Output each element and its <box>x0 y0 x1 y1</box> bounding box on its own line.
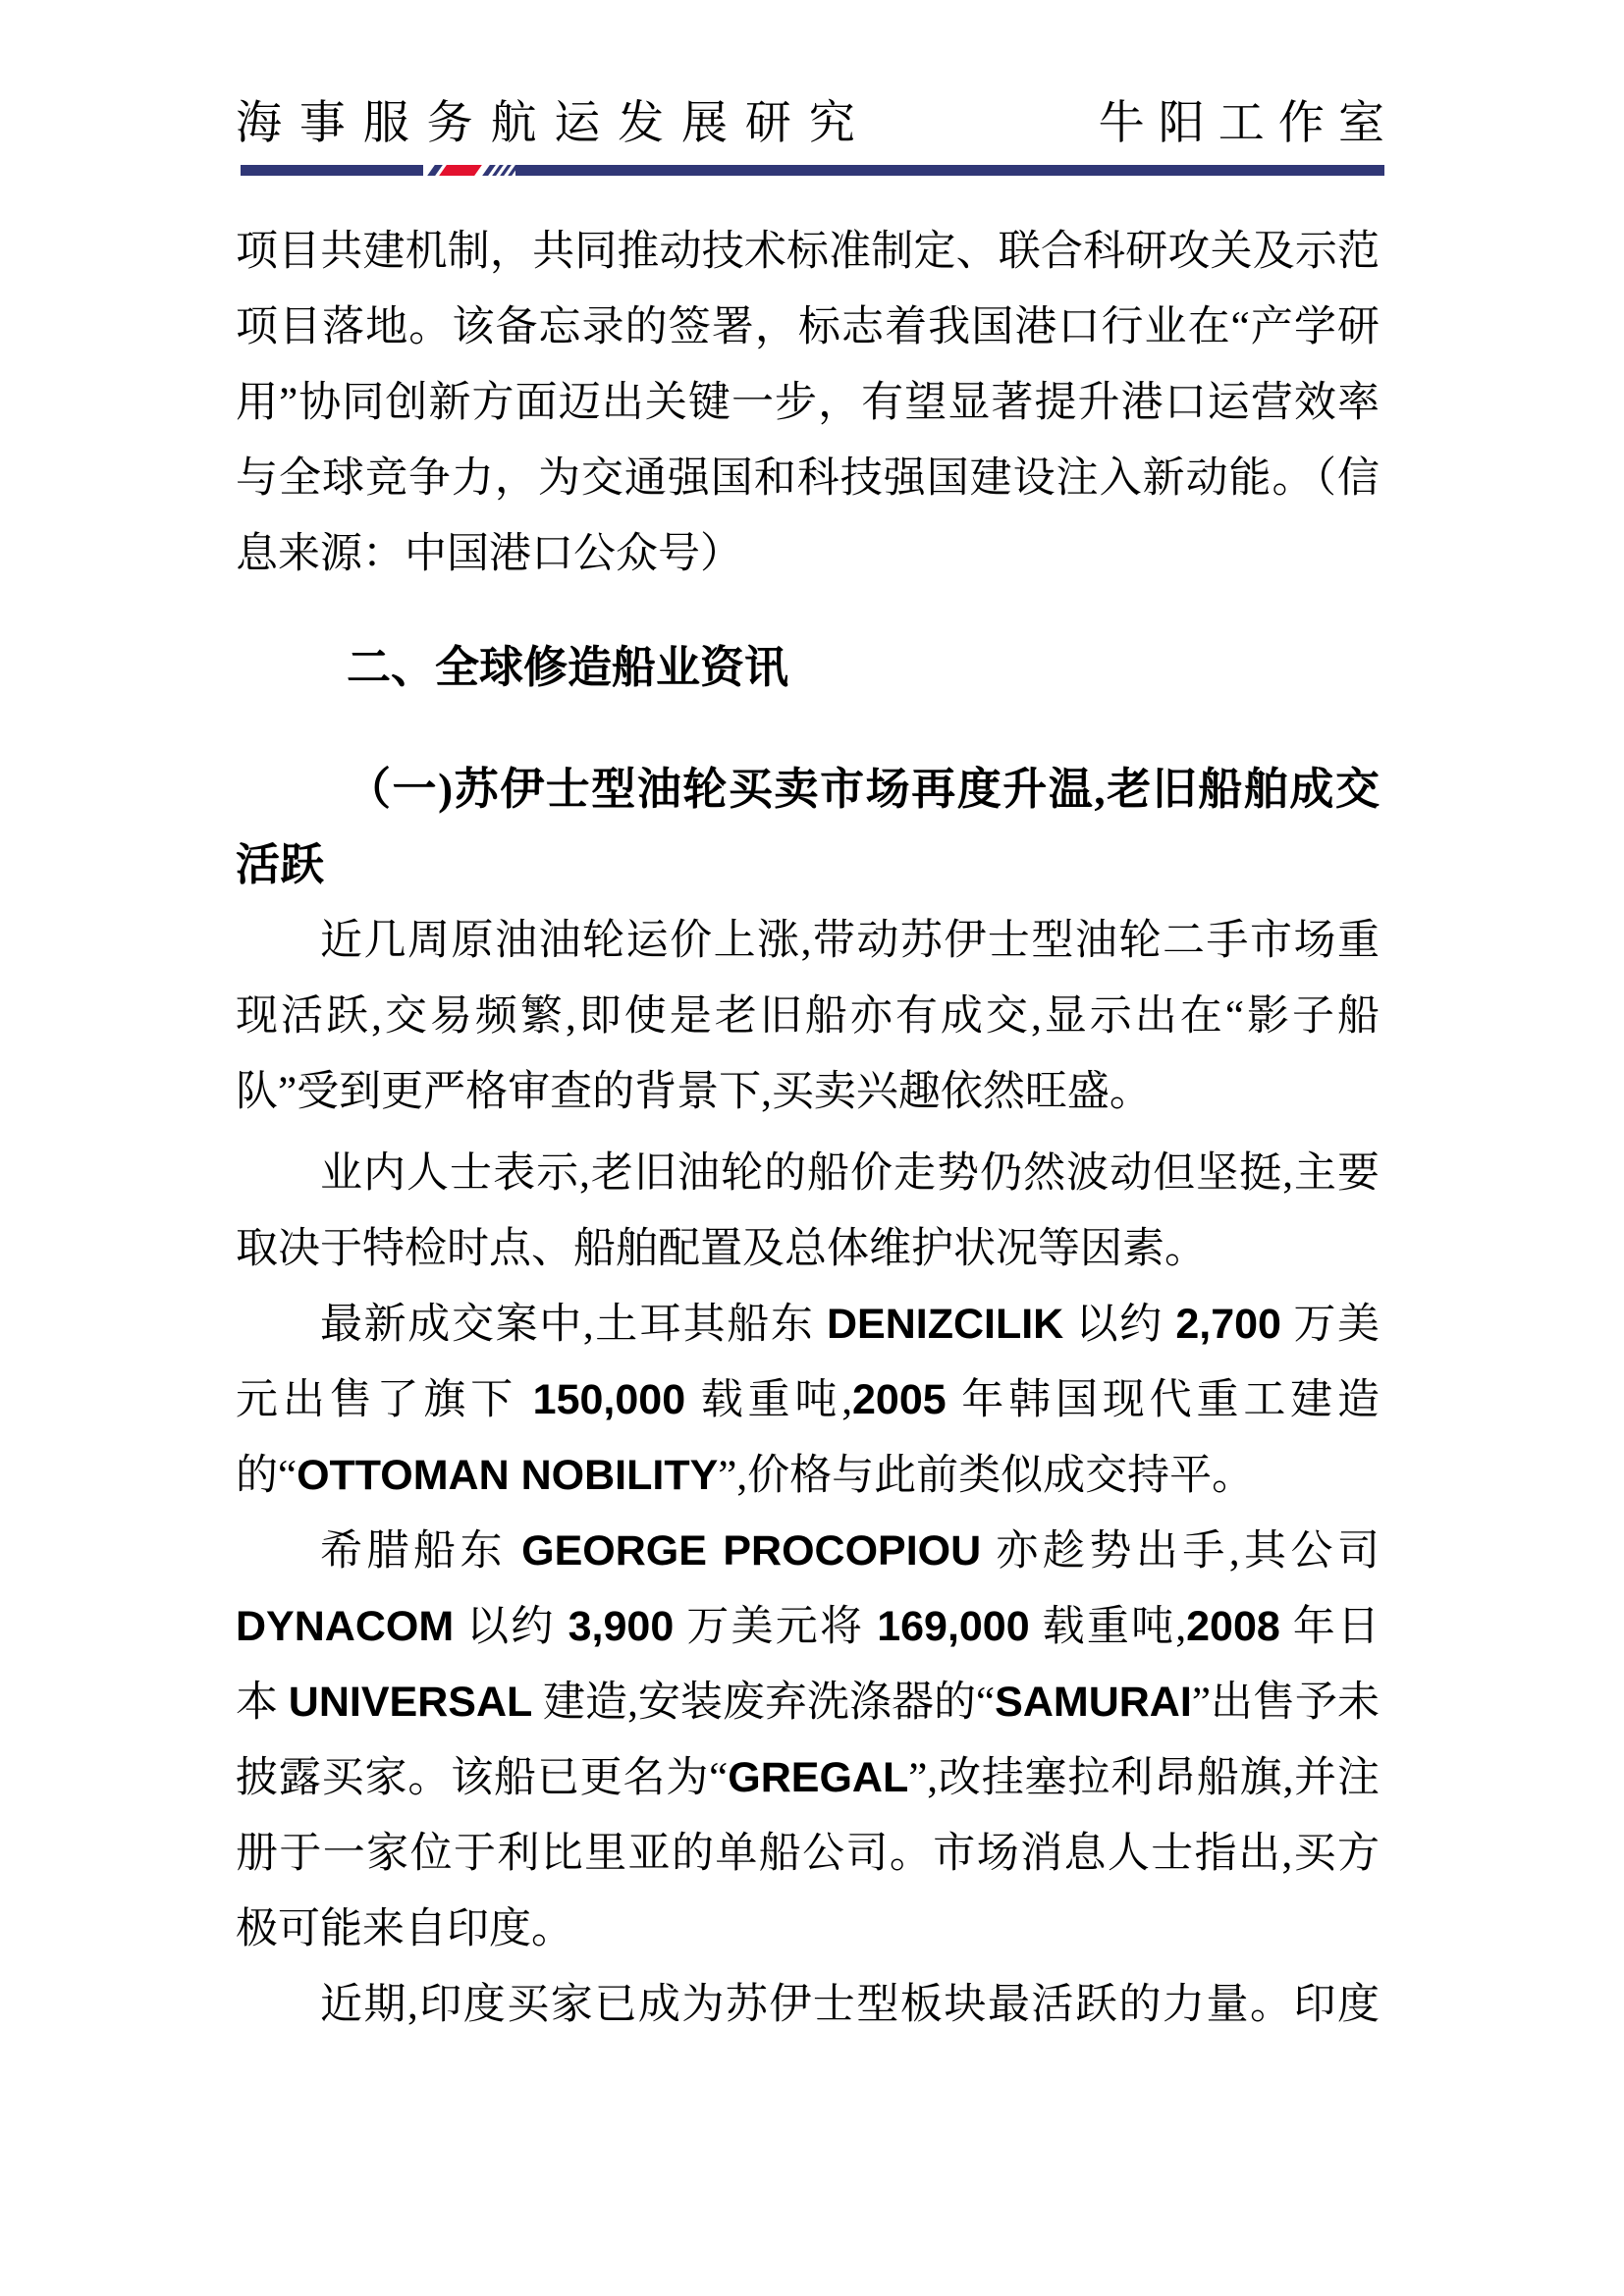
body-paragraph: 近几周原油油轮运价上涨,带动苏伊士型油轮二手市场重现活跃,交易频繁,即使是老旧船… <box>236 903 1380 1130</box>
latin-text-run: DENIZCILIK <box>827 1301 1063 1348</box>
latin-text-run: 3,900 <box>568 1603 675 1650</box>
document-body: 项目共建机制，共同推动技术标准制定、联合科研攻关及示范项目落地。该备忘录的签署，… <box>236 214 1380 2043</box>
latin-text-run: DYNACOM <box>236 1603 454 1650</box>
header-title-right: 牛阳工作室 <box>1099 94 1399 151</box>
latin-text-run: GREGAL <box>728 1754 908 1801</box>
section-heading: 二、全球修造船业资讯 <box>236 629 1380 705</box>
latin-text-run: 169,000 <box>877 1603 1029 1650</box>
body-paragraph: 希腊船东 GEORGE PROCOPIOU 亦趁势出手,其公司 DYNACOM … <box>236 1514 1380 1967</box>
header-rule <box>241 165 1384 176</box>
header-rule-right-segment <box>515 165 1384 176</box>
latin-text-run: 150,000 <box>533 1376 685 1423</box>
latin-text-run: 2,700 <box>1175 1301 1281 1348</box>
latin-text-run: SAMURAI <box>995 1679 1192 1726</box>
body-paragraph: 最新成交案中,土耳其船东 DENIZCILIK 以约 2,700 万美元出售了旗… <box>236 1287 1380 1514</box>
latin-text-run: 2008 <box>1186 1603 1280 1650</box>
document-page: 海事服务航运发展研究 牛阳工作室 项目共建机制，共同推动技术标准制定、联合科研攻… <box>0 0 1624 2296</box>
header-rule-left-segment <box>241 165 423 176</box>
body-paragraph: 业内人士表示,老旧油轮的船价走势仍然波动但坚挺,主要取决于特检时点、船舶配置及总… <box>236 1136 1380 1287</box>
latin-text-run: 2005 <box>852 1376 947 1423</box>
latin-text-run: UNIVERSAL <box>289 1679 532 1726</box>
page-header: 海事服务航运发展研究 牛阳工作室 <box>236 94 1384 151</box>
latin-text-run: OTTOMAN NOBILITY <box>297 1452 718 1499</box>
header-title-left: 海事服务航运发展研究 <box>236 94 873 151</box>
header-rule-red-accent <box>439 165 482 176</box>
body-paragraph-continuation: 项目共建机制，共同推动技术标准制定、联合科研攻关及示范项目落地。该备忘录的签署，… <box>236 214 1380 592</box>
latin-text-run: GEORGE PROCOPIOU <box>521 1527 981 1575</box>
body-paragraph: 近期,印度买家已成为苏伊士型板块最活跃的力量。印度 <box>236 1967 1380 2043</box>
subsection-heading: （一)苏伊士型油轮买卖市场再度升温,老旧船舶成交活跃 <box>236 752 1380 903</box>
